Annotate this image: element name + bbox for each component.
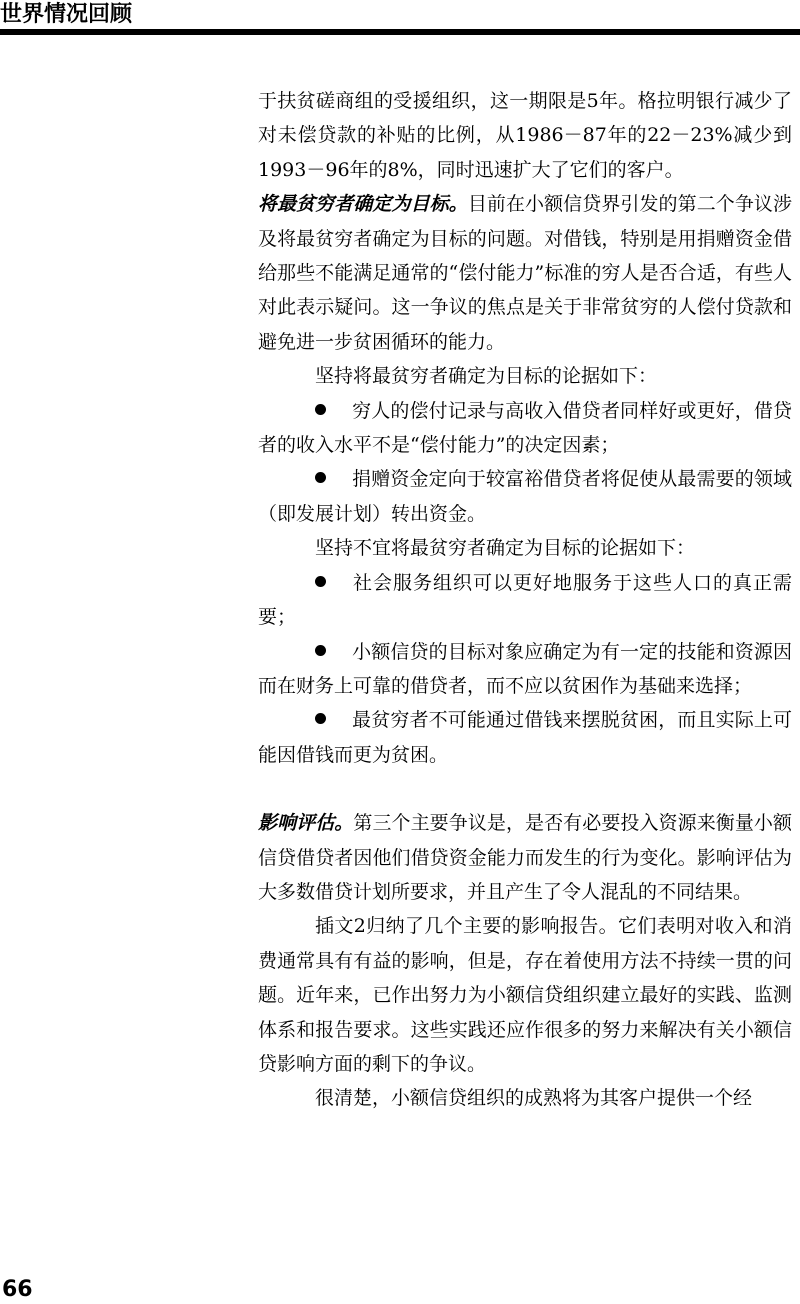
list-item: 捐赠资金定向于较富裕借贷者将促使从最需要的领域（即发展计划）转出资金。	[258, 462, 792, 531]
paragraph-conclusion: 很清楚，小额信贷组织的成熟将为其客户提供一个经	[258, 1081, 792, 1115]
bullet-icon	[315, 576, 326, 587]
pro-arguments-intro: 坚持将最贫穷者确定为目标的论据如下：	[258, 359, 792, 393]
bullet-icon	[315, 713, 326, 724]
bullet-icon	[315, 645, 326, 656]
con-arguments-intro: 坚持不宜将最贫穷者确定为目标的论据如下：	[258, 531, 792, 565]
paragraph-box2-summary: 插文2归纳了几个主要的影响报告。它们表明对收入和消费通常具有有益的影响，但是，存…	[258, 909, 792, 1081]
article-body: 于扶贫磋商组的受援组织，这一期限是5年。格拉明银行减少了对未偿贷款的补贴的比例，…	[258, 84, 792, 1116]
list-item: 穷人的偿付记录与高收入借贷者同样好或更好，借贷者的收入水平不是“偿付能力”的决定…	[258, 394, 792, 463]
section-spacer	[258, 772, 792, 806]
bullet-icon	[315, 404, 326, 415]
page-number: 66	[2, 1278, 33, 1302]
running-header-title: 世界情况回顾	[0, 2, 132, 28]
paragraph-text: 目前在小额信贷界引发的第二个争议涉及将最贫穷者确定为目标的问题。对借钱，特别是用…	[258, 193, 792, 353]
paragraph-continued: 于扶贫磋商组的受援组织，这一期限是5年。格拉明银行减少了对未偿贷款的补贴的比例，…	[258, 84, 792, 187]
paragraph-impact-assessment: 影响评估。第三个主要争议是，是否有必要投入资源来衡量小额信贷借贷者因他们借贷资金…	[258, 806, 792, 909]
header-rule	[0, 29, 800, 35]
section-lead-impact: 影响评估。	[258, 812, 353, 834]
list-item: 小额信贷的目标对象应确定为有一定的技能和资源因而在财务上可靠的借贷者，而不应以贫…	[258, 635, 792, 704]
list-item: 社会服务组织可以更好地服务于这些人口的真正需要；	[258, 566, 792, 635]
list-item: 最贫穷者不可能通过借钱来摆脱贫困，而且实际上可能因借钱而更为贫困。	[258, 703, 792, 772]
bullet-icon	[315, 472, 326, 483]
section-lead-targeting: 将最贫穷者确定为目标。	[258, 193, 468, 215]
paragraph-targeting-poorest: 将最贫穷者确定为目标。目前在小额信贷界引发的第二个争议涉及将最贫穷者确定为目标的…	[258, 187, 792, 359]
